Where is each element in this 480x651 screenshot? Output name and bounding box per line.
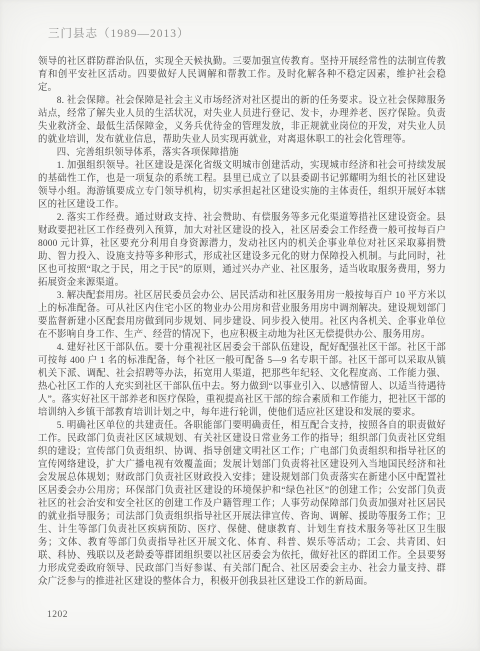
text-body: 领导的社区群防群治队伍，实现全天候执勤。三要加强宣传教育。坚持开展经常性的法制宣… (38, 56, 446, 589)
paragraph: 5. 明确社区单位的共建责任。各职能部门要明确责任，相互配合支持，按照各自的职责… (38, 420, 446, 589)
paragraph: 领导的社区群防群治队伍，实现全天候执勤。三要加强宣传教育。坚持开展经常性的法制宣… (38, 56, 446, 95)
section-heading: 四、完善组织领导体系，落实各项保障措施 (38, 147, 446, 160)
page-number: 1202 (47, 610, 68, 620)
paragraph: 3. 解决配套用房。社区居民委员会办公、居民活动和社区服务用房一般按每百户 10… (38, 290, 446, 342)
paragraph: 1. 加强组织领导。社区建设是深化省级文明城市创建活动，实现城市经济和社会可持续… (38, 160, 446, 212)
paragraph: 2. 落实工作经费。通过财政支持、社会赞助、有偿服务等多元化渠道筹措社区建设资金… (38, 212, 446, 290)
running-head: 三门县志（1989—2013） (48, 25, 190, 41)
paragraph: 8. 社会保障。社会保障是社会主义市场经济对社区提出的新的任务要求。设立社会保障… (38, 95, 446, 147)
book-page: 三门县志（1989—2013） 领导的社区群防群治队伍，实现全天候执勤。三要加强… (0, 0, 480, 651)
paragraph: 4. 建好社区干部队伍。要十分重视社区居委会干部队伍建设，配好配强社区干部。社区… (38, 342, 446, 420)
